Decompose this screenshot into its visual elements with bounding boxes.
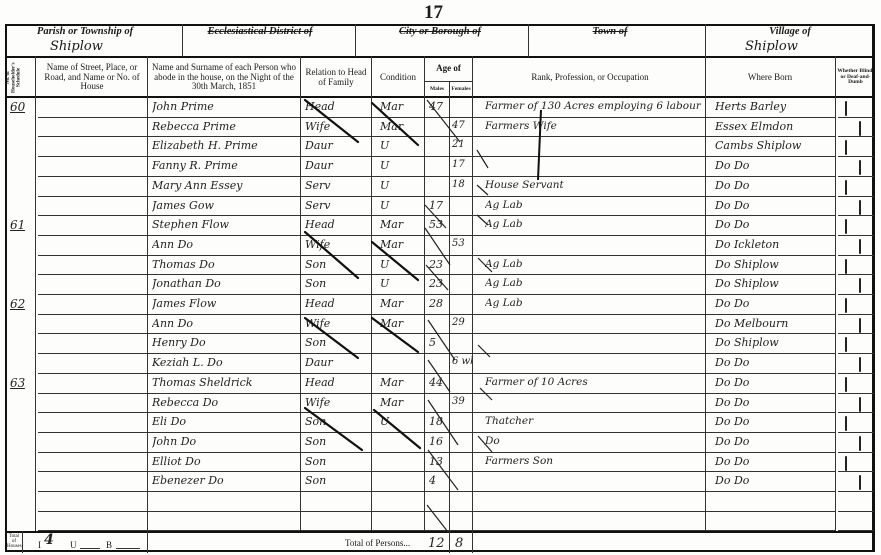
male-age: 4 [429, 474, 449, 487]
occupation: Farmers Son [485, 455, 701, 467]
blind-column-mark [859, 318, 861, 333]
male-age: 28 [429, 297, 449, 310]
person-name: Ann Do [152, 238, 298, 251]
total-houses-label: Total of Houses [7, 534, 21, 549]
female-age: 18 [452, 179, 472, 190]
person-name: Ebenezer Do [152, 474, 298, 487]
person-name: Elizabeth H. Prime [152, 139, 298, 152]
hdr-sep-4 [705, 24, 706, 57]
condition: U [380, 139, 422, 152]
where-born: Do Melbourn [715, 317, 833, 330]
person-name: Fanny R. Prime [152, 159, 298, 172]
person-name: Jonathan Do [152, 277, 298, 290]
male-age: 53 [429, 218, 449, 231]
relation: Daur [305, 139, 369, 152]
occupation: Farmer of 130 Acres employing 6 labourer… [485, 100, 701, 112]
occupation: Do [485, 435, 701, 447]
person-name: James Gow [152, 199, 298, 212]
col-header-males: Males [425, 83, 449, 96]
condition: Mar [380, 317, 422, 330]
blind-column-mark [859, 436, 861, 451]
blind-column-mark [859, 160, 861, 175]
relation: Son [305, 277, 369, 290]
where-born: Do Shiplow [715, 258, 833, 271]
blind-column-mark [845, 180, 847, 195]
occupation: Ag Lab [485, 277, 701, 289]
village-value: Shiplow [745, 39, 798, 54]
person-name: John Prime [152, 100, 298, 113]
condition: Mar [380, 297, 422, 310]
female-age: 53 [452, 238, 472, 249]
condition: Mar [380, 100, 422, 113]
blind-column-mark [845, 259, 847, 274]
male-age: 5 [429, 336, 449, 349]
blind-column-mark [845, 377, 847, 392]
person-name: Keziah L. Do [152, 356, 298, 369]
parish-label: Parish or Township of [30, 26, 140, 38]
blind-column-mark [845, 337, 847, 352]
blind-column-mark [845, 416, 847, 431]
where-born: Do Do [715, 179, 833, 192]
condition: Mar [380, 218, 422, 231]
condition: U [380, 199, 422, 212]
schedule-number: 63 [10, 376, 25, 390]
female-age: 39 [452, 396, 472, 407]
col-header-where-born: Where Born [706, 58, 834, 97]
female-age: 6 wks [452, 356, 472, 367]
inhabited-value: 4 [44, 532, 54, 548]
where-born: Herts Barley [715, 100, 833, 113]
ecclesiastical-label: Ecclesiastical District of [190, 26, 330, 38]
col-header-age-of: Age of [425, 58, 472, 80]
relation: Son [305, 435, 369, 448]
relation: Wife [305, 120, 369, 133]
female-age: 17 [452, 159, 472, 170]
where-born: Do Do [715, 159, 833, 172]
blind-column-mark [859, 278, 861, 293]
relation: Wife [305, 396, 369, 409]
person-name: Ann Do [152, 317, 298, 330]
col-header-street: Name of Street, Place, or Road, and Name… [38, 58, 146, 97]
relation: Head [305, 100, 369, 113]
condition: Mar [380, 238, 422, 251]
condition: Mar [380, 120, 422, 133]
person-name: Mary Ann Essey [152, 179, 298, 192]
where-born: Do Shiplow [715, 336, 833, 349]
page-number: 17 [424, 2, 443, 24]
blind-column-mark [845, 140, 847, 155]
male-age: 17 [429, 199, 449, 212]
relation: Head [305, 376, 369, 389]
inhabited-label: I [38, 540, 41, 550]
blind-column-mark [859, 200, 861, 215]
col-header-relation: Relation to Head of Family [302, 58, 370, 97]
blind-column-mark [845, 298, 847, 313]
condition: U [380, 179, 422, 192]
schedule-number: 62 [10, 297, 25, 311]
male-age: 23 [429, 258, 449, 271]
female-age: 29 [452, 317, 472, 328]
condition: U [380, 159, 422, 172]
relation: Serv [305, 179, 369, 192]
relation: Head [305, 297, 369, 310]
person-name: Elliot Do [152, 455, 298, 468]
col-header-occupation: Rank, Profession, or Occupation [520, 58, 660, 97]
person-name: Stephen Flow [152, 218, 298, 231]
person-name: John Do [152, 435, 298, 448]
condition: U [380, 277, 422, 290]
where-born: Do Do [715, 376, 833, 389]
person-name: Rebecca Prime [152, 120, 298, 133]
blind-column-mark [845, 101, 847, 116]
table-row [5, 492, 875, 512]
blind-column-mark [859, 475, 861, 490]
male-age: 44 [429, 376, 449, 389]
col-header-blind: Whether Blind, or Deaf-and-Dumb [837, 58, 874, 97]
where-born: Do Do [715, 435, 833, 448]
person-name: James Flow [152, 297, 298, 310]
condition: U [380, 415, 422, 428]
blind-column-mark [859, 357, 861, 372]
occupation: House Servant [485, 179, 701, 191]
header-divider [5, 56, 875, 58]
col-header-schedule-text: No. of Householder's Schedule [6, 58, 22, 97]
where-born: Do Do [715, 455, 833, 468]
where-born: Do Do [715, 297, 833, 310]
male-age: 47 [429, 100, 449, 113]
total-females: 8 [455, 536, 463, 551]
hdr-sep-1 [182, 24, 183, 57]
where-born: Cambs Shiplow [715, 139, 833, 152]
relation: Head [305, 218, 369, 231]
total-males: 12 [428, 536, 445, 551]
where-born: Do Ickleton [715, 238, 833, 251]
person-name: Rebecca Do [152, 396, 298, 409]
where-born: Do Do [715, 474, 833, 487]
person-name: Eli Do [152, 415, 298, 428]
relation: Son [305, 474, 369, 487]
relation: Son [305, 336, 369, 349]
city-label: City or Borough of [380, 26, 500, 38]
relation: Wife [305, 238, 369, 251]
schedule-number: 61 [10, 218, 25, 232]
hdr-sep-3 [528, 24, 529, 57]
hdr-sep-2 [355, 24, 356, 57]
col-header-females: Females [450, 83, 472, 96]
total-persons-label: Total of Persons... [345, 538, 410, 548]
building-blank [116, 548, 140, 549]
where-born: Do Shiplow [715, 277, 833, 290]
village-label: Village of [740, 26, 840, 38]
relation: Son [305, 258, 369, 271]
building-label: B [106, 540, 112, 550]
relation: Daur [305, 159, 369, 172]
female-age: 47 [452, 120, 472, 131]
uninhabited-blank [80, 548, 100, 549]
relation: Daur [305, 356, 369, 369]
blind-column-mark [845, 219, 847, 234]
person-name: Thomas Sheldrick [152, 376, 298, 389]
col-header-schedule: No. of Householder's Schedule [6, 58, 21, 97]
col-header-condition: Condition [372, 58, 424, 97]
condition: Mar [380, 396, 422, 409]
occupation: Ag Lab [485, 258, 701, 270]
blind-column-mark [859, 239, 861, 254]
occupation: Ag Lab [485, 199, 701, 211]
occupation: Ag Lab [485, 297, 701, 309]
male-age: 13 [429, 455, 449, 468]
col-header-name: Name and Surname of each Person who abod… [148, 58, 300, 97]
row-divider [38, 530, 835, 531]
person-name: Henry Do [152, 336, 298, 349]
row-divider-blind [838, 530, 874, 531]
relation: Serv [305, 199, 369, 212]
male-age: 23 [429, 277, 449, 290]
town-label: Town of [560, 26, 660, 38]
condition: Mar [380, 376, 422, 389]
relation: Son [305, 415, 369, 428]
occupation: Farmer of 10 Acres [485, 376, 701, 388]
condition: U [380, 258, 422, 271]
where-born: Essex Elmdon [715, 120, 833, 133]
person-name: Thomas Do [152, 258, 298, 271]
blind-column-mark [859, 121, 861, 136]
blind-column-mark [845, 456, 847, 471]
female-age: 21 [452, 139, 472, 150]
male-age: 18 [429, 415, 449, 428]
totals-sep [22, 531, 23, 553]
relation: Son [305, 455, 369, 468]
where-born: Do Do [715, 396, 833, 409]
male-age: 16 [429, 435, 449, 448]
relation: Wife [305, 317, 369, 330]
parish-value: Shiplow [50, 39, 103, 54]
where-born: Do Do [715, 415, 833, 428]
occupation: Farmers Wife [485, 120, 701, 132]
where-born: Do Do [715, 218, 833, 231]
schedule-number: 60 [10, 100, 25, 114]
where-born: Do Do [715, 199, 833, 212]
table-row [5, 512, 875, 532]
uninhabited-label: U [70, 540, 77, 550]
occupation: Thatcher [485, 415, 701, 427]
occupation: Ag Lab [485, 218, 701, 230]
blind-column-mark [859, 397, 861, 412]
where-born: Do Do [715, 356, 833, 369]
